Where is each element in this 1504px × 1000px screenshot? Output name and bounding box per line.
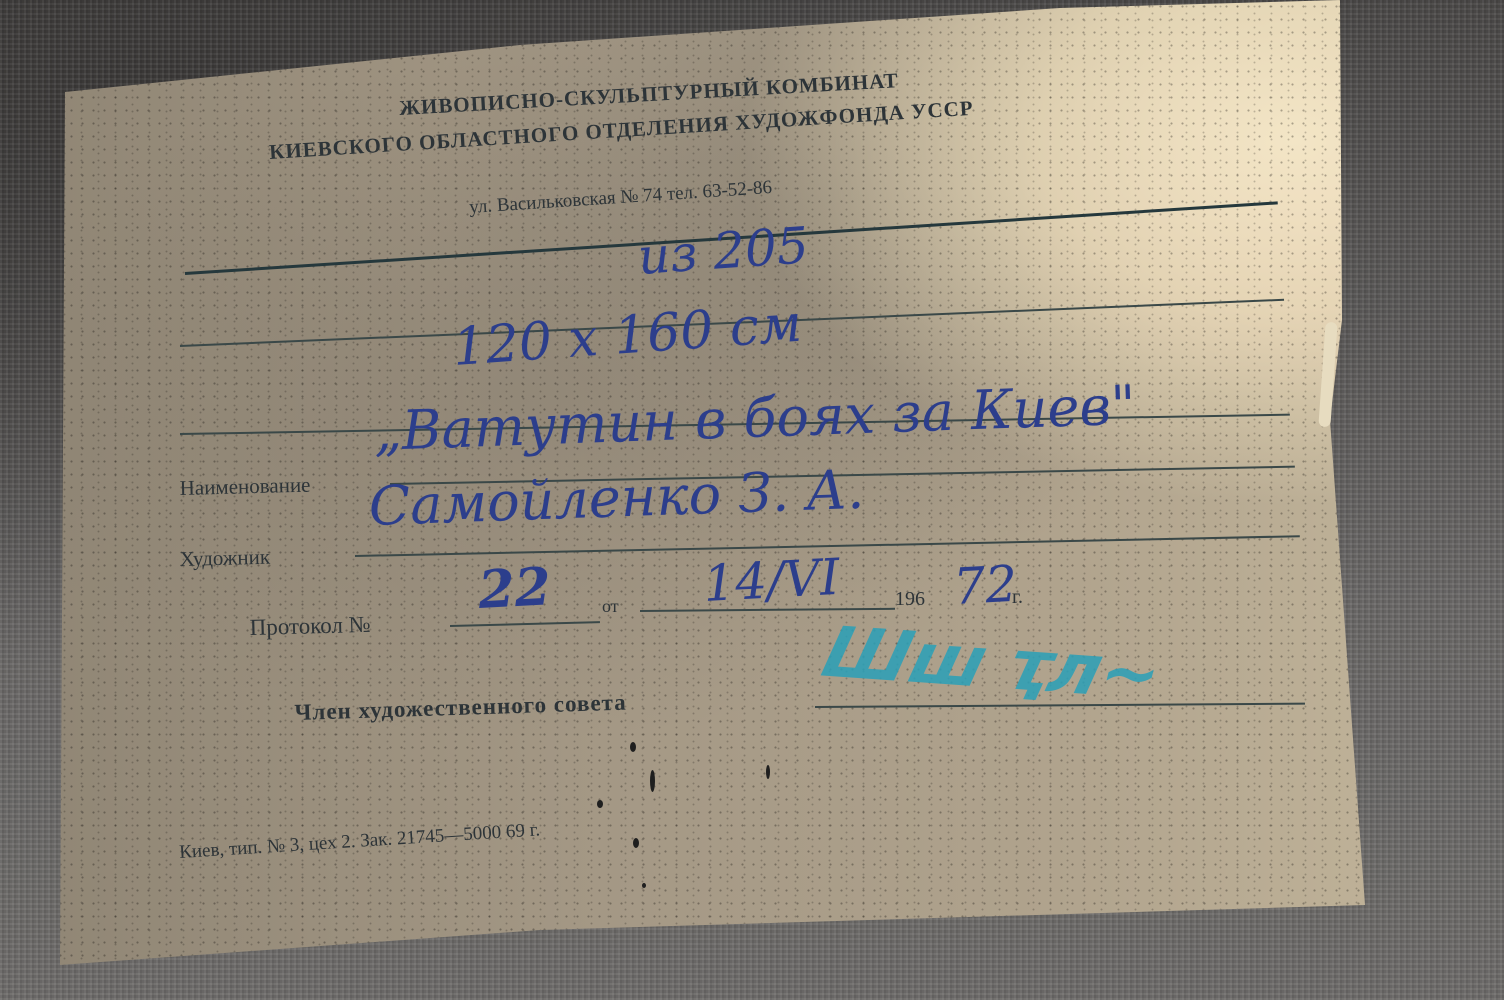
handwritten-inventory-number: из 205 bbox=[636, 216, 810, 286]
artist-field-label: Художник bbox=[179, 545, 270, 572]
year-prefix-label: 196 bbox=[895, 588, 925, 611]
from-field-label: от bbox=[602, 596, 619, 617]
handwritten-year-suffix: 72 bbox=[952, 555, 1019, 616]
ink-spot bbox=[630, 742, 636, 752]
year-end-label: г. bbox=[1012, 586, 1023, 609]
ink-spot bbox=[642, 883, 646, 888]
ink-spot bbox=[597, 800, 603, 808]
handwritten-date: 14/VI bbox=[702, 548, 841, 613]
paper-label: ЖИВОПИСНО-СКУЛЬПТУРНЫЙ КОМБИНАТ КИЕВСКОГ… bbox=[0, 0, 1504, 1000]
handwritten-protocol-number: 22 bbox=[477, 556, 552, 621]
ink-spot bbox=[633, 838, 639, 848]
ink-spot bbox=[766, 765, 770, 779]
ink-spot bbox=[650, 770, 655, 792]
name-field-label: Наименование bbox=[179, 473, 310, 501]
protocol-field-label: Протокол № bbox=[249, 612, 371, 641]
